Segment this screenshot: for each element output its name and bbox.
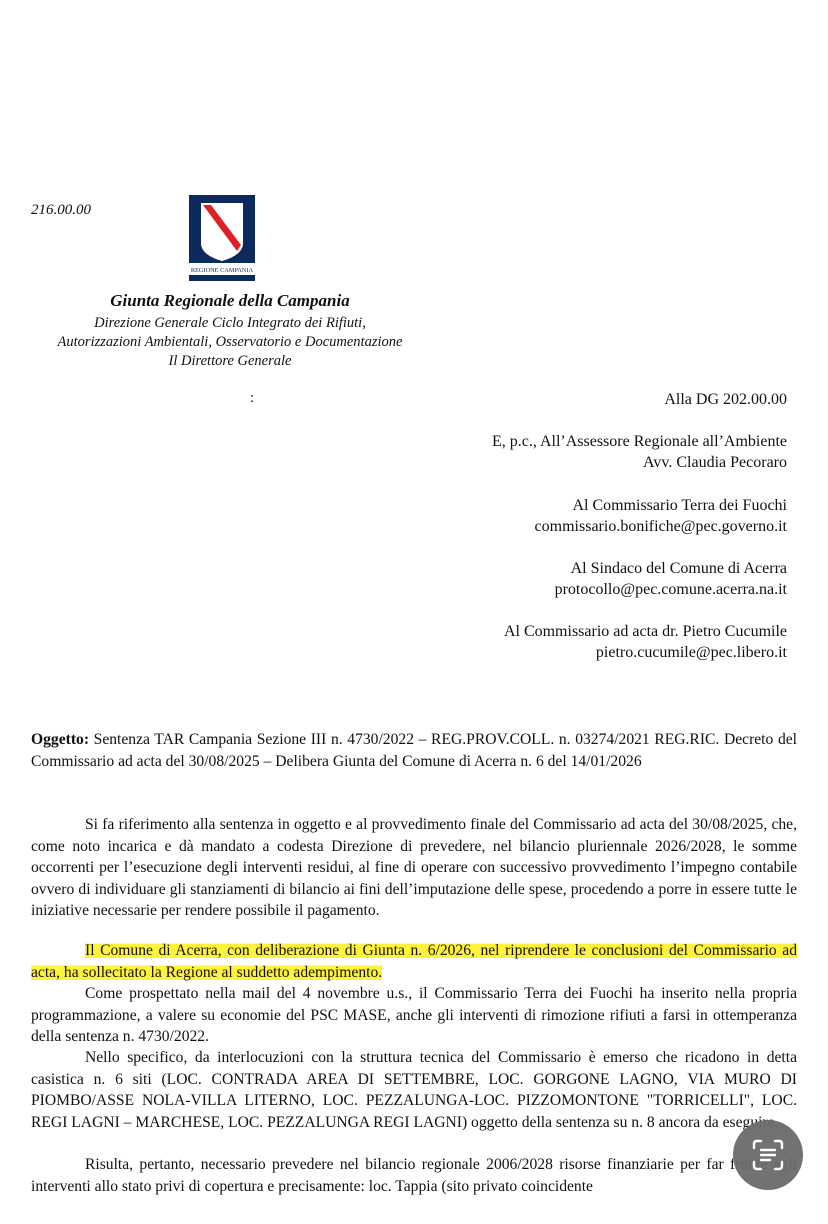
org-title: Giunta Regionale della Campania [0,291,460,311]
regione-campania-logo: REGIONE CAMPANIA [189,195,255,281]
recipient-commissario-acta: Al Commissario ad acta dr. Pietro Cucumi… [504,621,787,663]
svg-text:REGIONE CAMPANIA: REGIONE CAMPANIA [191,267,254,274]
recipient-email: protocollo@pec.comune.acerra.na.it [555,579,787,600]
recipient-line: Al Sindaco del Comune di Acerra [555,558,787,579]
org-division: Direzione Generale Ciclo Integrato dei R… [0,314,460,333]
paragraph-5: Risulta, pertanto, necessario prevedere … [31,1154,797,1197]
recipient-email: commissario.bonifiche@pec.governo.it [535,516,787,537]
subject: Oggetto: Sentenza TAR Campania Sezione I… [31,729,797,772]
scan-text-button[interactable] [733,1120,803,1190]
recipient-email: pietro.cucumile@pec.libero.it [504,642,787,663]
org-director: Il Direttore Generale [0,352,460,371]
recipient-line: E, p.c., All’Assessore Regionale all’Amb… [492,431,787,452]
recipient-line: Al Commissario ad acta dr. Pietro Cucumi… [504,621,787,642]
recipient-assessore: E, p.c., All’Assessore Regionale all’Amb… [492,431,787,473]
protocol-code: 216.00.00 [31,202,91,219]
subject-label: Oggetto: [31,731,89,748]
recipient-line: Avv. Claudia Pecoraro [492,452,787,473]
paragraph-2-highlighted: Il Comune di Acerra, con deliberazione d… [31,940,797,983]
org-division-cont: Autorizzazioni Ambientali, Osservatorio … [0,333,460,352]
recipient-commissario: Al Commissario Terra dei Fuochi commissa… [535,495,787,537]
subject-text: Sentenza TAR Campania Sezione III n. 473… [31,731,797,770]
text-scan-icon [751,1138,785,1172]
colon-mark: : [250,390,254,407]
paragraph-4: Nello specifico, da interlocuzioni con l… [31,1047,797,1133]
paragraph-3: Come prospettato nella mail del 4 novemb… [31,983,797,1048]
recipient-line: Al Commissario Terra dei Fuochi [535,495,787,516]
recipient-line: Alla DG 202.00.00 [664,389,787,410]
recipient-dg: Alla DG 202.00.00 [664,389,787,410]
highlighted-text: Il Comune di Acerra, con deliberazione d… [31,942,797,981]
coat-of-arms-icon: REGIONE CAMPANIA [189,195,255,281]
paragraph-1: Si fa riferimento alla sentenza in ogget… [31,814,797,922]
recipient-sindaco: Al Sindaco del Comune di Acerra protocol… [555,558,787,600]
